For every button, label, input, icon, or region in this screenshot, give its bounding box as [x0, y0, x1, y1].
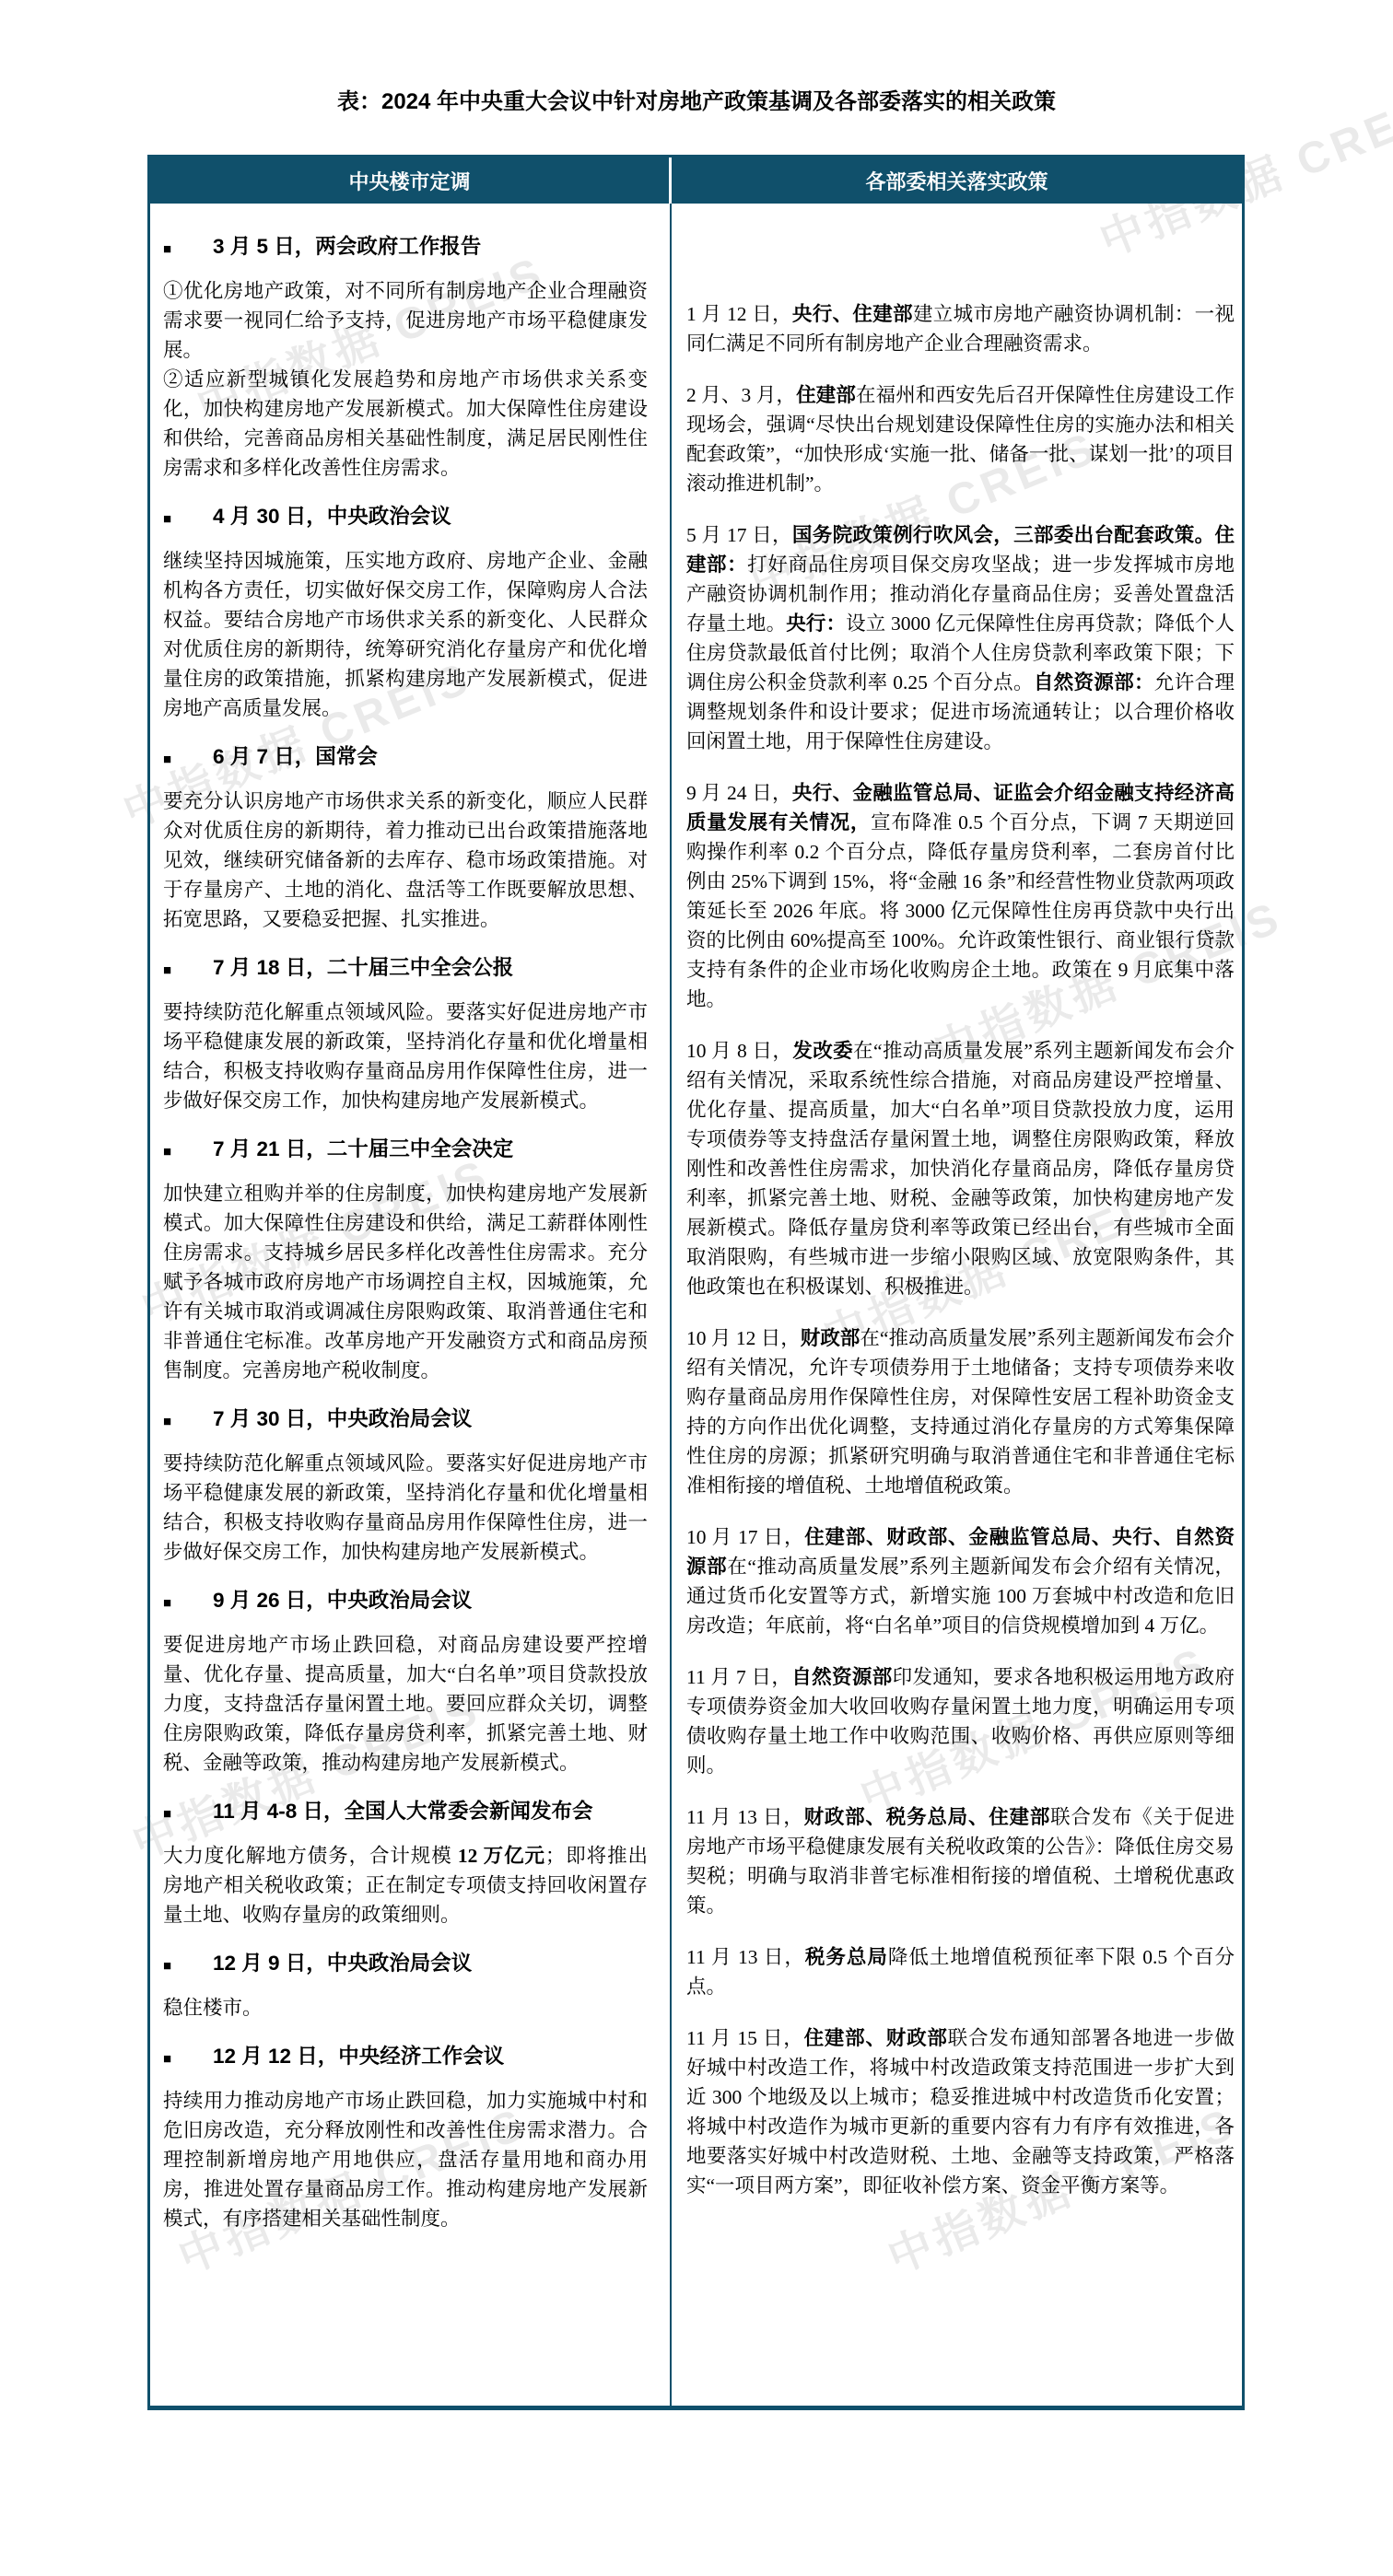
bold-run: 发改委: [792, 1040, 853, 1062]
right-column-header: 各部委相关落实政策: [672, 157, 1242, 204]
meeting-heading-label: 7 月 18 日，二十届三中全会公报: [213, 954, 513, 982]
text-run: 在“推动高质量发展”系列主题新闻发布会介绍有关情况，允许专项债券用于土地储备；支…: [686, 1327, 1235, 1497]
bold-run: 央行、住建部: [792, 303, 913, 325]
bold-run: 住建部: [796, 384, 856, 406]
meeting-heading: ■7 月 30 日，中央政治局会议: [163, 1405, 648, 1436]
text-run: 稳住楼市。: [163, 1997, 263, 2019]
left-column-central-meetings: ■3 月 5 日，两会政府工作报告①优化房地产政策，对不同所有制房地产企业合理融…: [150, 204, 672, 2406]
meeting-heading-label: 12 月 9 日，中央政治局会议: [213, 1950, 472, 1977]
text-run: 10 月 17 日，: [686, 1526, 804, 1548]
meeting-heading: ■7 月 21 日，二十届三中全会决定: [163, 1136, 648, 1166]
meeting-heading: ■9 月 26 日，中央政治局会议: [163, 1587, 648, 1617]
bullet-square-icon: ■: [163, 1590, 213, 1617]
bullet-square-icon: ■: [163, 1408, 213, 1436]
policy-item: 9 月 24 日，央行、金融监管总局、证监会介绍金融支持经济高质量发展有关情况，…: [686, 778, 1235, 1014]
table-header-row: 中央楼市定调 各部委相关落实政策: [150, 157, 1242, 204]
policy-item: 10 月 17 日，住建部、财政部、金融监管总局、央行、自然资源部在“推动高质量…: [686, 1522, 1235, 1640]
meeting-heading: ■12 月 9 日，中央政治局会议: [163, 1950, 648, 1980]
text-run: 5 月 17 日，: [686, 524, 792, 546]
page-title: 表：2024 年中央重大会议中针对房地产政策基调及各部委落实的相关政策: [0, 83, 1393, 115]
meeting-paragraph: 大力度化解地方债务，合计规模 12 万亿元；即将推出房地产相关税收政策；正在制定…: [163, 1841, 648, 1929]
policy-item: 5 月 17 日，国务院政策例行吹风会，三部委出台配套政策。住建部：打好商品住房…: [686, 520, 1235, 756]
text-run: 大力度化解地方债务，合计规模: [163, 1845, 458, 1867]
text-run: 2 月、3 月，: [686, 384, 796, 406]
meeting-paragraph: ①优化房地产政策，对不同所有制房地产企业合理融资需求要一视同仁给予支持，促进房地…: [163, 276, 648, 365]
text-run: 要持续防范化解重点领域风险。要落实好促进房地产市场平稳健康发展的新政策，坚持消化…: [163, 1452, 648, 1563]
policy-table: 中央楼市定调 各部委相关落实政策 ■3 月 5 日，两会政府工作报告①优化房地产…: [147, 155, 1245, 2410]
text-run: 在“推动高质量发展”系列主题新闻发布会介绍有关情况，采取系统性综合措施，对商品房…: [686, 1040, 1235, 1298]
text-run: 加快建立租购并举的住房制度，加快构建房地产发展新模式。加大保障性住房建设和供给，…: [163, 1183, 648, 1381]
policy-item: 11 月 13 日，税务总局降低土地增值税预征率下限 0.5 个百分点。: [686, 1942, 1235, 2001]
meeting-heading: ■12 月 12 日，中央经济工作会议: [163, 2043, 648, 2073]
bold-run: 央行：: [786, 612, 846, 635]
table-body: ■3 月 5 日，两会政府工作报告①优化房地产政策，对不同所有制房地产企业合理融…: [150, 204, 1242, 2406]
text-run: 1 月 12 日，: [686, 303, 792, 325]
bullet-square-icon: ■: [163, 1801, 213, 1828]
text-run: 10 月 8 日，: [686, 1040, 792, 1062]
policy-item: 2 月、3 月，住建部在福州和西安先后召开保障性住房建设工作现场会，强调“尽快出…: [686, 380, 1235, 498]
meeting-paragraph: 持续用力推动房地产市场止跌回稳，加力实施城中村和危旧房改造，充分释放刚性和改善性…: [163, 2086, 648, 2233]
text-run: 10 月 12 日，: [686, 1327, 801, 1349]
text-run: 继续坚持因城施策，压实地方政府、房地产企业、金融机构各方责任，切实做好保交房工作…: [163, 550, 648, 719]
meeting-paragraph: 要充分认识房地产市场供求关系的新变化，顺应人民群众对优质住房的新期待，着力推动已…: [163, 787, 648, 934]
bullet-square-icon: ■: [163, 746, 213, 774]
text-run: 11 月 13 日，: [686, 1946, 805, 1968]
text-run: 要促进房地产市场止跌回稳，对商品房建设要严控增量、优化存量、提高质量，加大“白名…: [163, 1634, 648, 1774]
bullet-square-icon: ■: [163, 2046, 213, 2073]
policy-item: 10 月 8 日，发改委在“推动高质量发展”系列主题新闻发布会介绍有关情况，采取…: [686, 1036, 1235, 1301]
bullet-square-icon: ■: [163, 236, 213, 263]
bold-run: 税务总局: [805, 1946, 888, 1968]
bullet-square-icon: ■: [163, 1952, 213, 1980]
meeting-paragraph: 稳住楼市。: [163, 1993, 648, 2022]
meeting-paragraph: 继续坚持因城施策，压实地方政府、房地产企业、金融机构各方责任，切实做好保交房工作…: [163, 546, 648, 723]
bullet-square-icon: ■: [163, 506, 213, 533]
meeting-heading-label: 11 月 4-8 日，全国人大常委会新闻发布会: [213, 1798, 593, 1825]
meeting-heading: ■7 月 18 日，二十届三中全会公报: [163, 954, 648, 985]
text-run: 11 月 15 日，: [686, 2027, 804, 2049]
meeting-heading: ■11 月 4-8 日，全国人大常委会新闻发布会: [163, 1798, 648, 1828]
left-column-header: 中央楼市定调: [150, 157, 672, 204]
meeting-heading: ■4 月 30 日，中央政治会议: [163, 503, 648, 533]
text-run: 11 月 13 日，: [686, 1806, 804, 1828]
right-column-ministry-policies: 1 月 12 日，央行、住建部建立城市房地产融资协调机制：一视同仁满足不同所有制…: [672, 204, 1242, 2406]
text-run: 9 月 24 日，: [686, 782, 792, 804]
policy-item: 11 月 13 日，财政部、税务总局、住建部联合发布《关于促进房地产市场平稳健康…: [686, 1802, 1235, 1920]
meeting-heading-label: 7 月 30 日，中央政治局会议: [213, 1405, 472, 1433]
text-run: 要充分认识房地产市场供求关系的新变化，顺应人民群众对优质住房的新期待，着力推动已…: [163, 790, 648, 930]
meeting-heading-label: 6 月 7 日，国常会: [213, 743, 378, 771]
policy-item: 11 月 7 日，自然资源部印发通知，要求各地积极运用地方政府专项债券资金加大收…: [686, 1662, 1235, 1780]
text-run: ①优化房地产政策，对不同所有制房地产企业合理融资需求要一视同仁给予支持，促进房地…: [163, 280, 648, 361]
bold-run: 自然资源部：: [1034, 671, 1154, 694]
text-run: 要持续防范化解重点领域风险。要落实好促进房地产市场平稳健康发展的新政策，坚持消化…: [163, 1001, 648, 1112]
policy-item: 1 月 12 日，央行、住建部建立城市房地产融资协调机制：一视同仁满足不同所有制…: [686, 299, 1235, 358]
bold-run: 财政部: [801, 1327, 860, 1349]
meeting-paragraph: 加快建立租购并举的住房制度，加快构建房地产发展新模式。加大保障性住房建设和供给，…: [163, 1179, 648, 1385]
bold-run: 12 万亿元: [458, 1845, 545, 1867]
meeting-heading-label: 3 月 5 日，两会政府工作报告: [213, 233, 481, 261]
meeting-heading: ■6 月 7 日，国常会: [163, 743, 648, 774]
text-run: 联合发布通知部署各地进一步做好城中村改造工作，将城中村改造政策支持范围进一步扩大…: [686, 2027, 1235, 2197]
policy-item: 11 月 15 日，住建部、财政部联合发布通知部署各地进一步做好城中村改造工作，…: [686, 2023, 1235, 2200]
meeting-heading-label: 9 月 26 日，中央政治局会议: [213, 1587, 472, 1614]
meeting-paragraph: 要持续防范化解重点领域风险。要落实好促进房地产市场平稳健康发展的新政策，坚持消化…: [163, 997, 648, 1115]
meeting-paragraph: 要促进房地产市场止跌回稳，对商品房建设要严控增量、优化存量、提高质量，加大“白名…: [163, 1630, 648, 1778]
meeting-heading-label: 12 月 12 日，中央经济工作会议: [213, 2043, 504, 2070]
text-run: 宣布降准 0.5 个百分点，下调 7 天期逆回购操作利率 0.2 个百分点，降低…: [686, 811, 1235, 1010]
meeting-heading: ■3 月 5 日，两会政府工作报告: [163, 233, 648, 263]
meeting-paragraph: ②适应新型城镇化发展趋势和房地产市场供求关系变化，加快构建房地产发展新模式。加大…: [163, 365, 648, 483]
bold-run: 自然资源部: [791, 1666, 892, 1688]
text-run: 11 月 7 日，: [686, 1666, 791, 1688]
bullet-square-icon: ■: [163, 957, 213, 985]
text-run: ②适应新型城镇化发展趋势和房地产市场供求关系变化，加快构建房地产发展新模式。加大…: [163, 368, 648, 479]
bold-run: 住建部、财政部: [804, 2027, 948, 2049]
meeting-heading-label: 4 月 30 日，中央政治会议: [213, 503, 451, 530]
meeting-paragraph: 要持续防范化解重点领域风险。要落实好促进房地产市场平稳健康发展的新政策，坚持消化…: [163, 1449, 648, 1567]
bold-run: 财政部、税务总局、住建部: [804, 1806, 1051, 1828]
bullet-square-icon: ■: [163, 1138, 213, 1166]
text-run: 持续用力推动房地产市场止跌回稳，加力实施城中村和危旧房改造，充分释放刚性和改善性…: [163, 2090, 648, 2230]
meeting-heading-label: 7 月 21 日，二十届三中全会决定: [213, 1136, 513, 1163]
policy-item: 10 月 12 日，财政部在“推动高质量发展”系列主题新闻发布会介绍有关情况，允…: [686, 1323, 1235, 1500]
text-run: 在“推动高质量发展”系列主题新闻发布会介绍有关情况，通过货币化安置等方式，新增实…: [686, 1556, 1235, 1637]
